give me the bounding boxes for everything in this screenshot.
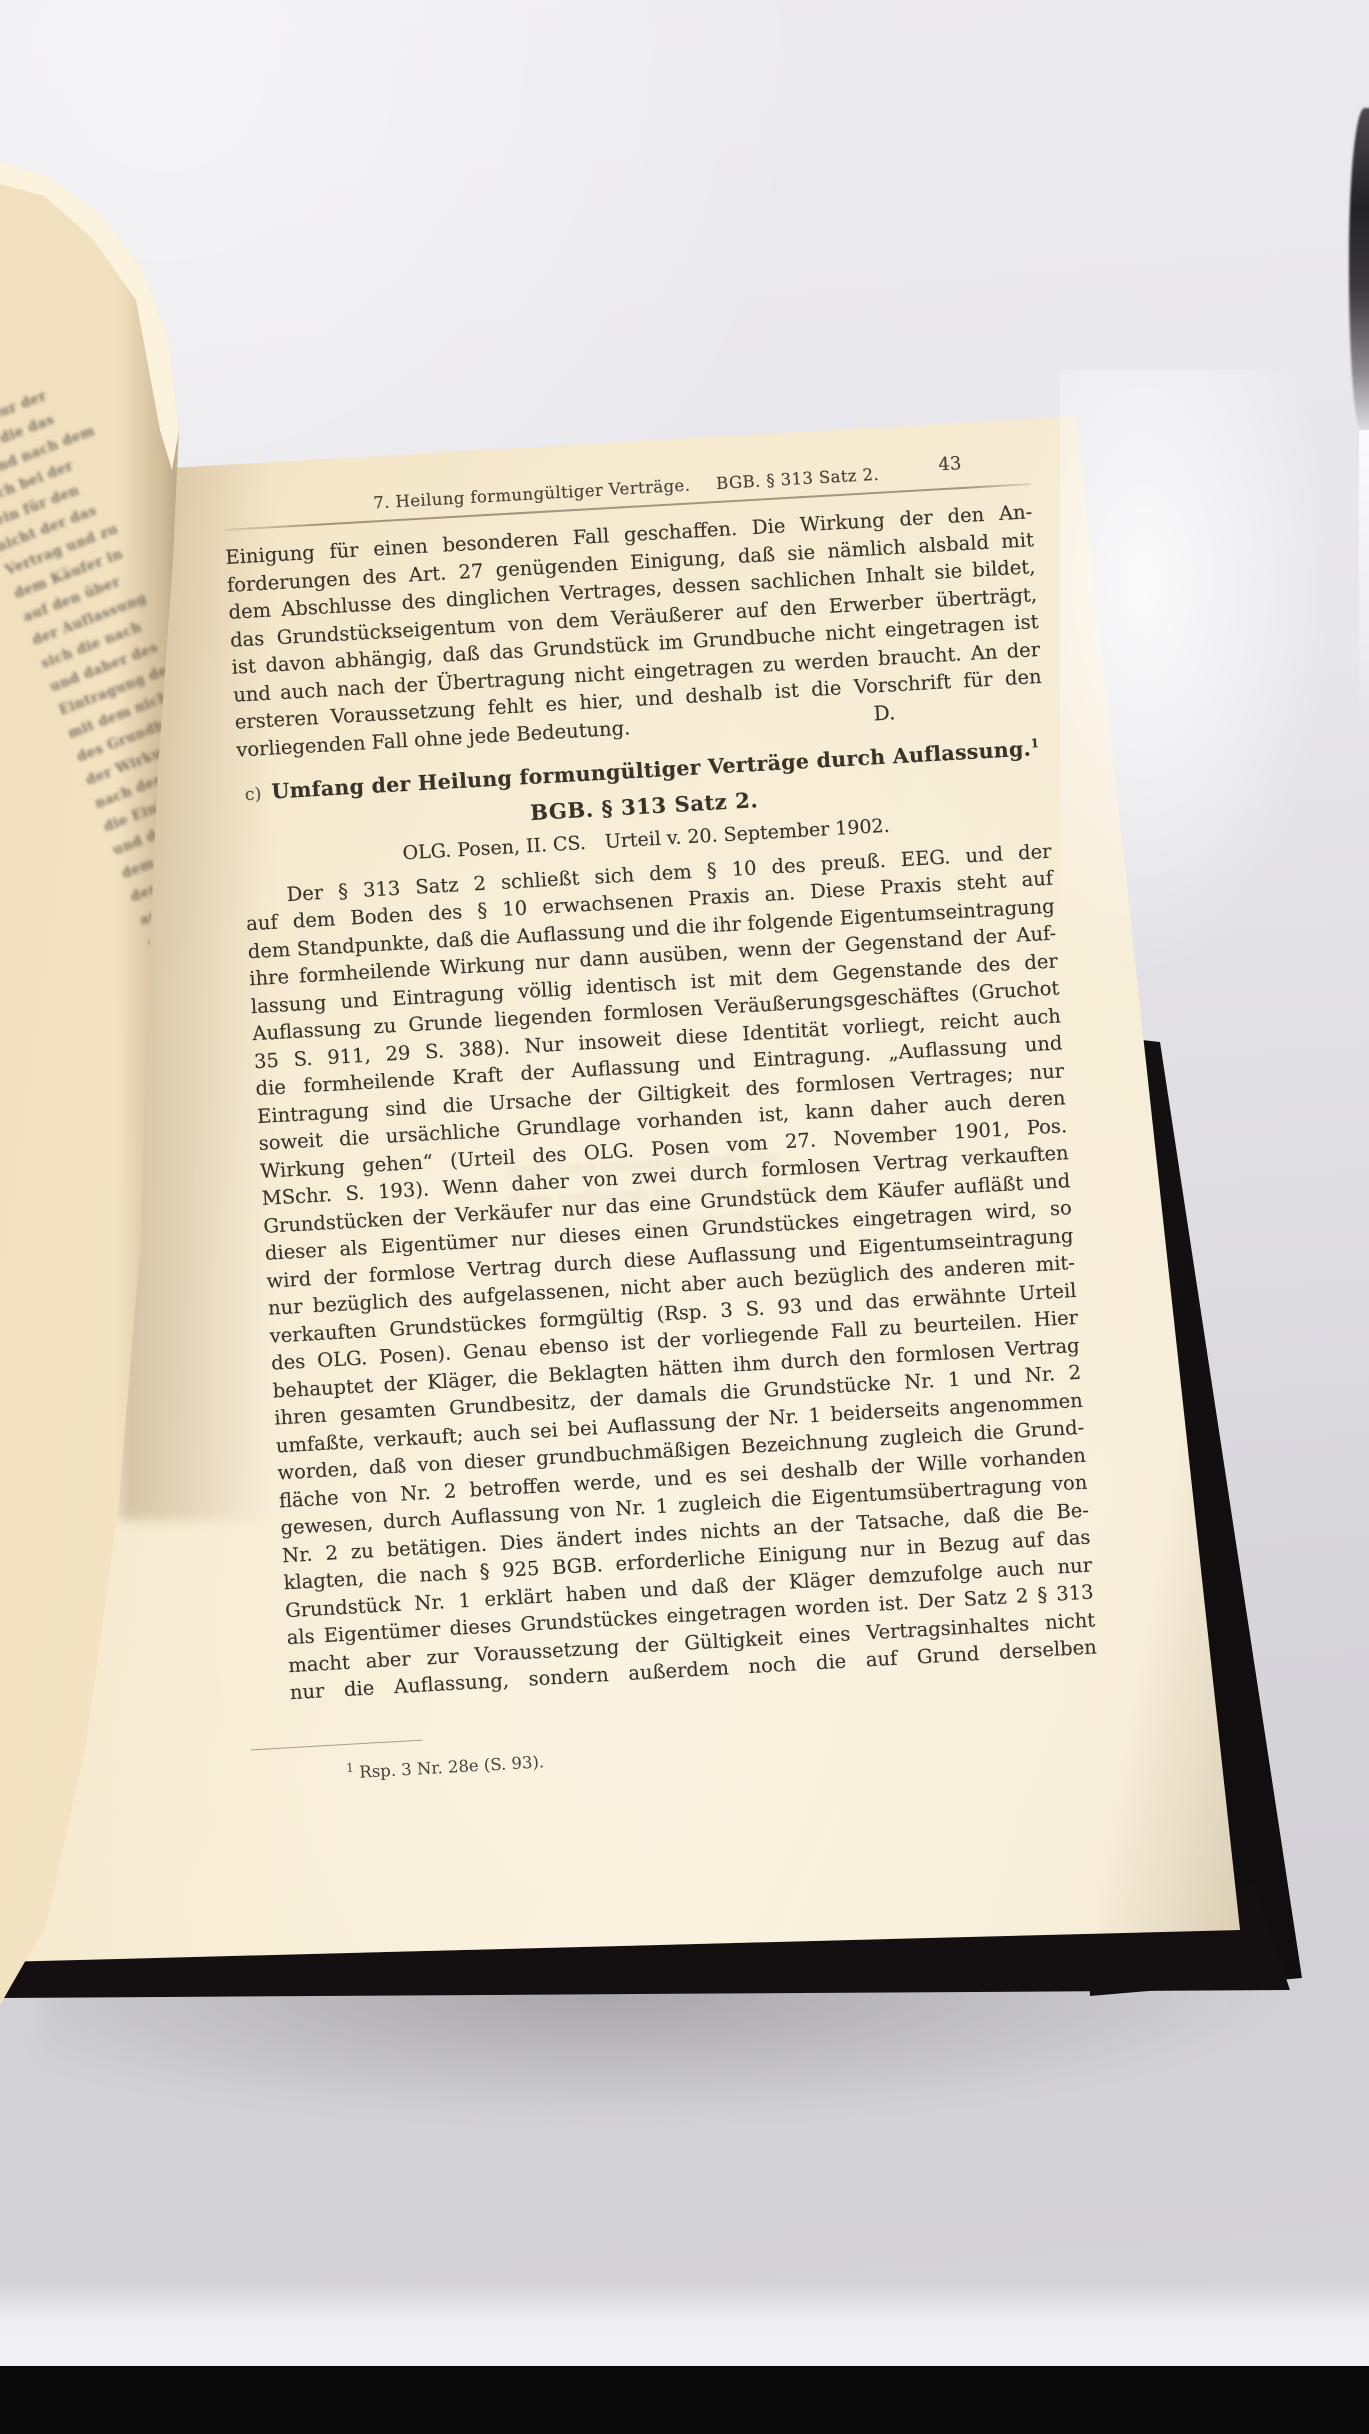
page-content: 7. Heilung formungültiger Verträge.BGB. …: [222, 452, 1102, 1790]
footnote-reference-marker: 1: [1030, 736, 1039, 750]
section-letter: c): [244, 784, 262, 805]
decision-paragraph: Der § 313 Satz 2 schließt sich dem § 10 …: [244, 837, 1097, 1706]
photo-bottom-edge: [0, 2366, 1369, 2434]
footnote-marker: 1: [346, 1761, 354, 1775]
running-head-statute: BGB. § 313 Satz 2.: [716, 465, 880, 493]
page-number: 43: [938, 450, 962, 479]
wall-glow-near-page: [1060, 370, 1340, 990]
book-photo: und der Auflassung nach demdie auf Grund…: [0, 0, 1369, 2434]
table-surface-highlight: [0, 2282, 1369, 2370]
background-highlight-right: [1359, 430, 1369, 730]
footnote-text: Rsp. 3 Nr. 28e (S. 93).: [359, 1753, 545, 1782]
